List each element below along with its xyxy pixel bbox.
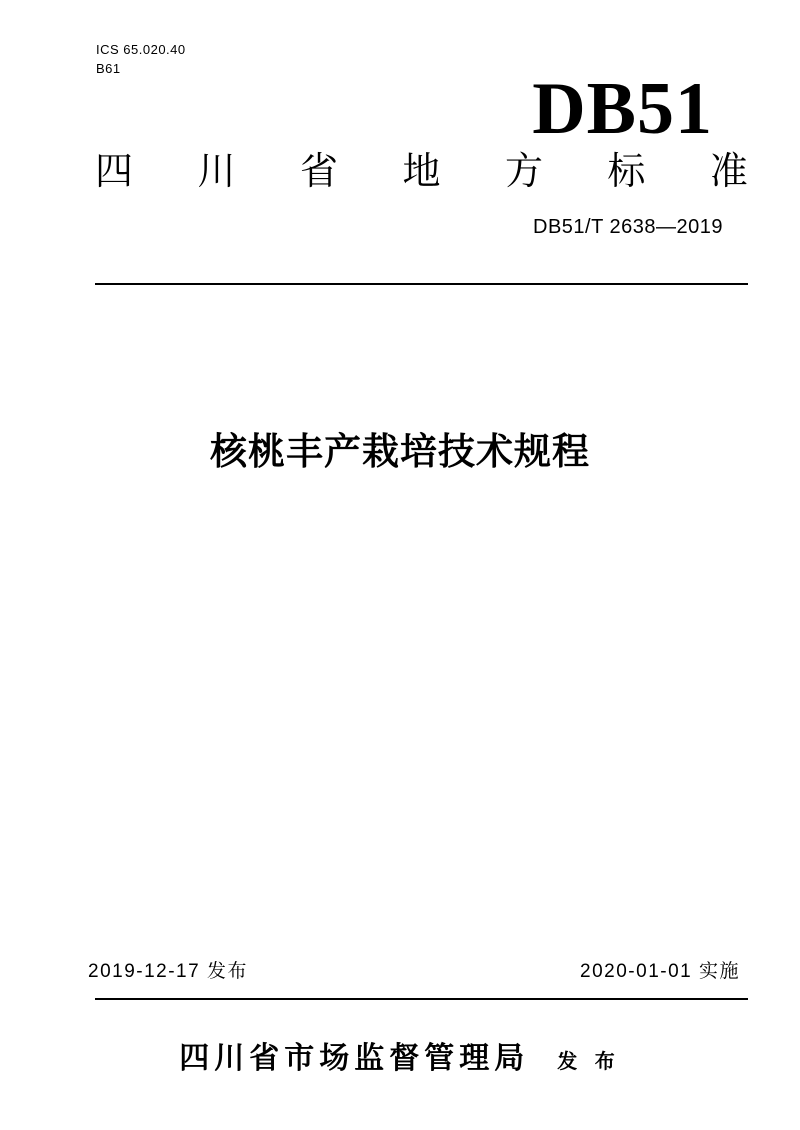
implementation-date: 2020-01-01 实施 xyxy=(580,956,740,983)
publisher-row: 四川省市场监督管理局 发 布 xyxy=(0,1033,800,1077)
ics-code: ICS 65.020.40 xyxy=(96,40,186,59)
publish-label: 发 布 xyxy=(557,1045,621,1074)
classification-code: B61 xyxy=(96,59,186,78)
db51-logo: DB51 xyxy=(532,72,713,146)
document-title: 核桃丰产栽培技术规程 xyxy=(0,431,800,474)
header-rule xyxy=(95,283,748,285)
standard-type-title: 四川省地方标准 xyxy=(95,152,748,194)
standard-cover-page: ICS 65.020.40 B61 DB51 四川省地方标准 DB51/T 26… xyxy=(0,0,800,1130)
ics-block: ICS 65.020.40 B61 xyxy=(96,40,186,78)
standard-number: DB51/T 2638—2019 xyxy=(533,216,723,239)
publisher-name: 四川省市场监督管理局 xyxy=(179,1033,529,1077)
footer-rule xyxy=(95,998,748,1000)
dates-row: 2019-12-17 发布 2020-01-01 实施 xyxy=(88,956,740,983)
issue-date: 2019-12-17 发布 xyxy=(88,956,248,983)
